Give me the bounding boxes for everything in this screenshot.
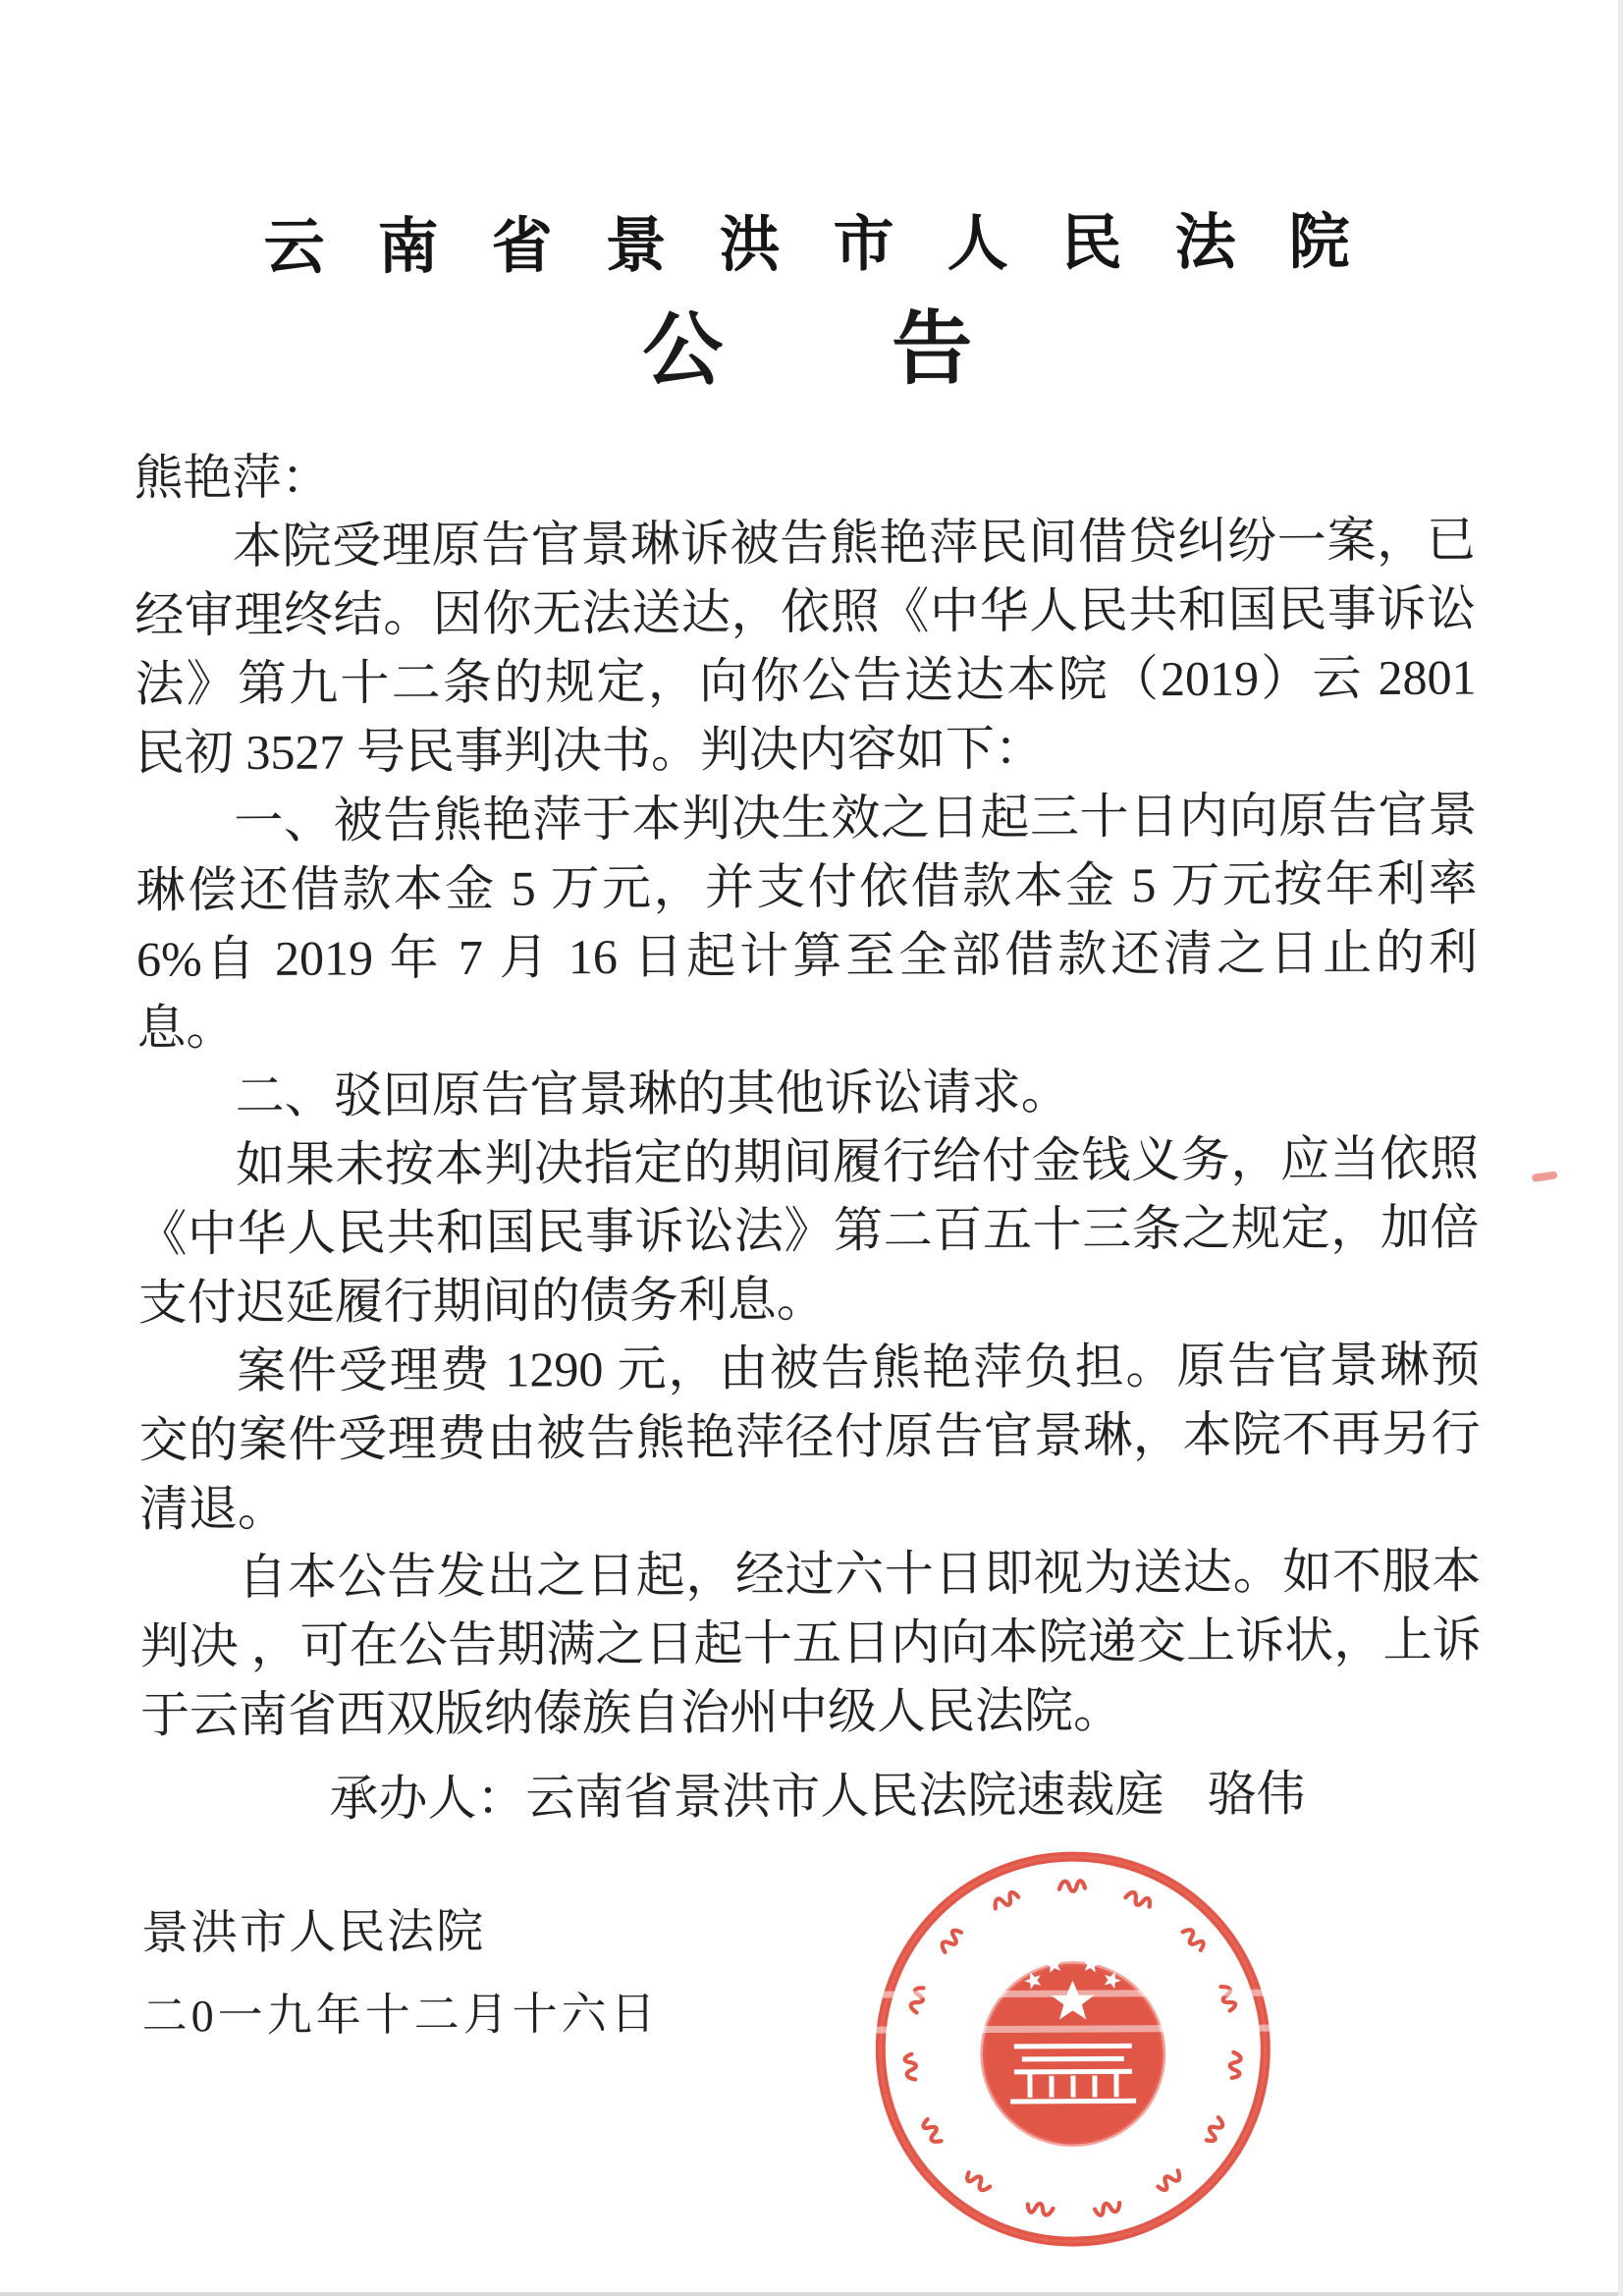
paragraph-late-performance: 如果未按本判决指定的期间履行给付金钱义务，应当依照《中华人民共和国民事诉讼法》第…: [137, 1123, 1480, 1337]
paragraph-service-and-appeal: 自本公告发出之日起，经过六十日即视为送达。如不服本判决 ，可在公告期满之日起十五…: [139, 1536, 1482, 1749]
signature-court-name: 景洪市人民法院: [141, 1897, 1483, 1963]
announcement-title: 公告: [0, 306, 1619, 396]
emblem-gate: [1010, 2046, 1136, 2102]
undertaker-name: 骆伟: [1207, 1766, 1305, 1822]
recipient-line: 熊艳萍：: [134, 436, 1475, 512]
paragraph-court-fee: 案件受理费 1290 元，由被告熊艳萍负担。原告官景琳预交的案件受理费由被告熊艳…: [138, 1330, 1481, 1543]
paragraph-judgment-item-1: 一、被告熊艳萍于本判决生效之日起三十日内向原告官景琳偿还借款本金 5 万元，并支…: [135, 780, 1478, 1062]
paragraph-judgment-item-2: 二、驳回原告官景琳的其他诉讼请求。: [137, 1055, 1479, 1130]
scan-edge-right: [1618, 0, 1623, 2296]
stray-ink-mark: [1532, 1171, 1558, 1182]
announcement-body: 熊艳萍： 本院受理原告官景琳诉被告熊艳萍民间借贷纠纷一案，已经审理终结。因你无法…: [134, 436, 1484, 2046]
undertaker-label: 承办人：: [329, 1771, 525, 1827]
undertaker-line: 承办人：云南省景洪市人民法院速裁庭骆伟: [140, 1758, 1482, 1833]
undertaker-court: 云南省景洪市人民法院速裁庭: [525, 1767, 1163, 1825]
court-title: 云南省景洪市人民法院: [0, 210, 1618, 280]
scanned-court-announcement-page: { "document": { "court_title": "云南省景洪市人民…: [0, 0, 1623, 2296]
paragraph-case-intro: 本院受理原告官景琳诉被告熊艳萍民间借贷纠纷一案，已经审理终结。因你无法送达，依照…: [135, 505, 1477, 787]
scan-edge-bottom: [0, 2292, 1623, 2296]
document-scan: 云南省景洪市人民法院 公告 熊艳萍： 本院受理原告官景琳诉被告熊艳萍民间借贷纠纷…: [0, 0, 1623, 2296]
